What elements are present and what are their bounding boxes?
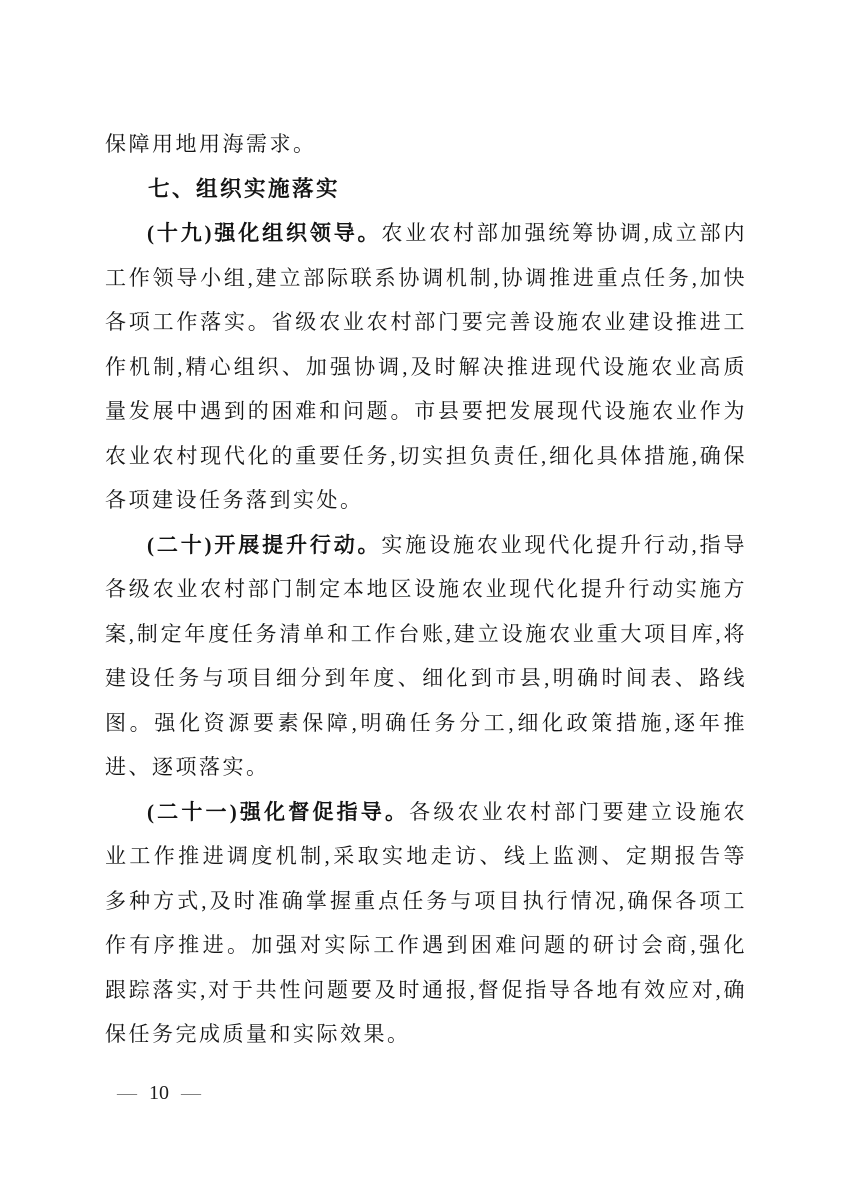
clause-20-paragraph: (二十)开展提升行动。实施设施农业现代化提升行动,指导各级农业农村部门制定本地区… (105, 523, 747, 790)
footer-dash-left: — (117, 1082, 137, 1104)
chapter-heading: 七、组织实施落实 (105, 167, 747, 212)
paragraph-continuation: 保障用地用海需求。 (105, 122, 747, 167)
page-number: 10 (137, 1082, 181, 1104)
page-footer: —10— (117, 1079, 201, 1107)
clause-20-body: 实施设施农业现代化提升行动,指导各级农业农村部门制定本地区设施农业现代化提升行动… (105, 533, 747, 780)
body-text: 保障用地用海需求。 七、组织实施落实 (十九)强化组织领导。农业农村部加强统筹协… (105, 122, 747, 1057)
clause-21-body: 各级农业农村部门要建立设施农业工作推进调度机制,采取实地走访、线上监测、定期报告… (105, 800, 747, 1047)
clause-21-paragraph: (二十一)强化督促指导。各级农业农村部门要建立设施农业工作推进调度机制,采取实地… (105, 790, 747, 1057)
clause-19-paragraph: (十九)强化组织领导。农业农村部加强统筹协调,成立部内工作领导小组,建立部际联系… (105, 211, 747, 523)
clause-19-title: (十九)强化组织领导。 (147, 221, 381, 245)
clause-21-title: (二十一)强化督促指导。 (147, 800, 409, 824)
document-page: 保障用地用海需求。 七、组织实施落实 (十九)强化组织领导。农业农村部加强统筹协… (0, 0, 849, 1202)
clause-19-body: 农业农村部加强统筹协调,成立部内工作领导小组,建立部际联系协调机制,协调推进重点… (105, 221, 747, 512)
clause-20-title: (二十)开展提升行动。 (147, 533, 381, 557)
footer-dash-right: — (181, 1082, 201, 1104)
